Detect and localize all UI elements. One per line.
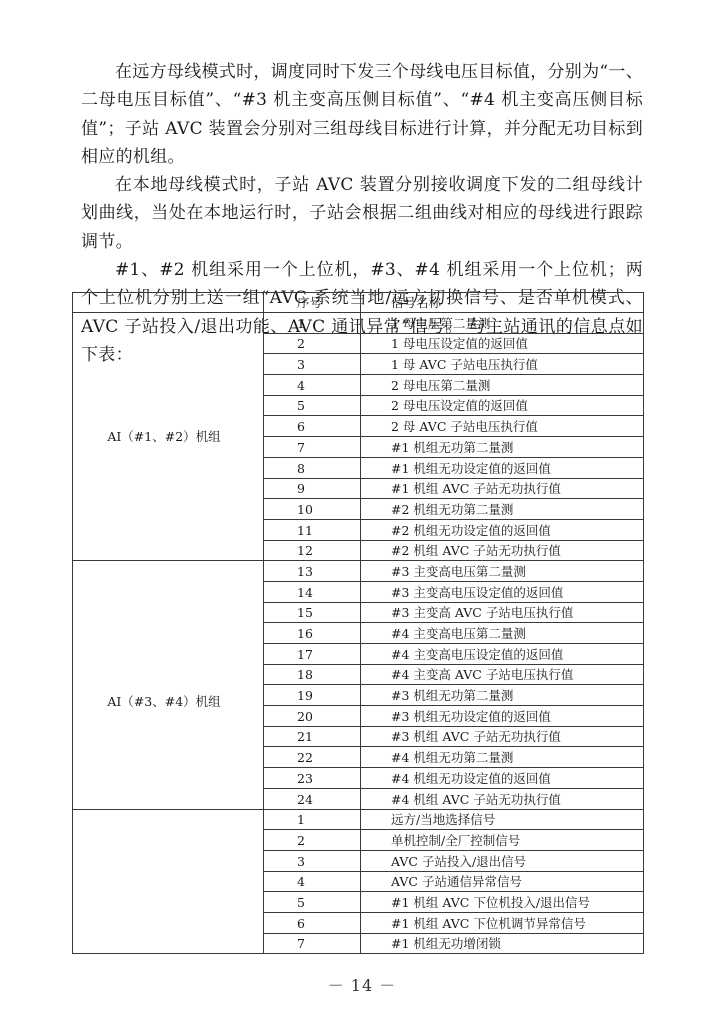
table-row: AI（#3、#4）机组 13 #3 主变高电压第二量测	[73, 561, 644, 582]
signal-name: #3 主变高电压设定值的返回值	[361, 581, 644, 602]
signal-name: 远方/当地选择信号	[361, 809, 644, 830]
signal-name: #4 主变高电压设定值的返回值	[361, 644, 644, 665]
table-row: 1 远方/当地选择信号	[73, 809, 644, 830]
serial-number: 17	[264, 644, 361, 665]
serial-number: 5	[264, 395, 361, 416]
signal-name: #2 机组无功设定值的返回值	[361, 519, 644, 540]
group-label-unit-1-2: AI（#1、#2）机组	[73, 313, 264, 561]
serial-number: 6	[264, 416, 361, 437]
table-header-row: 序号 信号名称	[73, 293, 644, 313]
signal-name: #4 机组无功设定值的返回值	[361, 768, 644, 789]
signal-name: #3 机组 AVC 子站无功执行值	[361, 726, 644, 747]
signal-name: #1 机组无功设定值的返回值	[361, 457, 644, 478]
signal-name: #1 机组 AVC 子站无功执行值	[361, 478, 644, 499]
signal-name: 1 母电压第二量测	[361, 313, 644, 334]
serial-number: 20	[264, 706, 361, 727]
table-row: AI（#1、#2）机组 1 1 母电压第二量测	[73, 313, 644, 334]
serial-number: 3	[264, 354, 361, 375]
signal-name: #3 主变高 AVC 子站电压执行值	[361, 602, 644, 623]
serial-number: 2	[264, 830, 361, 851]
serial-number: 10	[264, 499, 361, 520]
serial-number: 14	[264, 581, 361, 602]
serial-number: 12	[264, 540, 361, 561]
serial-number: 1	[264, 313, 361, 334]
group-label-unit-3-4: AI（#3、#4）机组	[73, 561, 264, 809]
serial-number: 15	[264, 602, 361, 623]
serial-number: 24	[264, 788, 361, 809]
header-group	[73, 293, 264, 313]
signal-name: AVC 子站通信异常信号	[361, 871, 644, 892]
serial-number: 13	[264, 561, 361, 582]
signal-name: 2 母电压设定值的返回值	[361, 395, 644, 416]
signal-name: #3 主变高电压第二量测	[361, 561, 644, 582]
serial-number: 8	[264, 457, 361, 478]
signal-name: #1 机组无功增闭锁	[361, 933, 644, 954]
group-label-digital-signals	[73, 809, 264, 954]
signal-name: #1 机组 AVC 下位机投入/退出信号	[361, 892, 644, 913]
signal-name: #2 机组无功第二量测	[361, 499, 644, 520]
serial-number: 4	[264, 375, 361, 396]
header-signal-name: 信号名称	[361, 293, 644, 313]
signal-name: #4 主变高电压第二量测	[361, 623, 644, 644]
serial-number: 19	[264, 685, 361, 706]
signal-name: #2 机组 AVC 子站无功执行值	[361, 540, 644, 561]
signal-name: AVC 子站投入/退出信号	[361, 850, 644, 871]
paragraph-local-bus-mode: 在本地母线模式时，子站 AVC 装置分别接收调度下发的二组母线计划曲线，当处在本…	[81, 171, 643, 256]
signal-name: 2 母 AVC 子站电压执行值	[361, 416, 644, 437]
serial-number: 6	[264, 912, 361, 933]
signal-name: #4 主变高 AVC 子站电压执行值	[361, 664, 644, 685]
serial-number: 4	[264, 871, 361, 892]
document-page: 在远方母线模式时，调度同时下发三个母线电压目标值，分别为“一、二母电压目标值”、…	[0, 0, 724, 1024]
signal-name: 1 母 AVC 子站电压执行值	[361, 354, 644, 375]
serial-number: 11	[264, 519, 361, 540]
signal-name: #4 机组无功第二量测	[361, 747, 644, 768]
signal-name: #3 机组无功设定值的返回值	[361, 706, 644, 727]
serial-number: 16	[264, 623, 361, 644]
serial-number: 9	[264, 478, 361, 499]
paragraph-remote-bus-mode: 在远方母线模式时，调度同时下发三个母线电压目标值，分别为“一、二母电压目标值”、…	[81, 58, 643, 171]
signal-name: 2 母电压第二量测	[361, 375, 644, 396]
serial-number: 2	[264, 333, 361, 354]
page-number: － 14 －	[0, 973, 724, 996]
serial-number: 22	[264, 747, 361, 768]
serial-number: 3	[264, 850, 361, 871]
serial-number: 18	[264, 664, 361, 685]
serial-number: 21	[264, 726, 361, 747]
signal-name: #4 机组 AVC 子站无功执行值	[361, 788, 644, 809]
signal-point-table: 序号 信号名称 AI（#1、#2）机组 1 1 母电压第二量测 21 母电压设定…	[72, 292, 644, 954]
signal-name: #3 机组无功第二量测	[361, 685, 644, 706]
serial-number: 7	[264, 933, 361, 954]
serial-number: 7	[264, 437, 361, 458]
signal-name: 单机控制/全厂控制信号	[361, 830, 644, 851]
header-serial-number: 序号	[264, 293, 361, 313]
signal-name: 1 母电压设定值的返回值	[361, 333, 644, 354]
serial-number: 1	[264, 809, 361, 830]
signal-name: #1 机组 AVC 下位机调节异常信号	[361, 912, 644, 933]
signal-name: #1 机组无功第二量测	[361, 437, 644, 458]
serial-number: 23	[264, 768, 361, 789]
serial-number: 5	[264, 892, 361, 913]
